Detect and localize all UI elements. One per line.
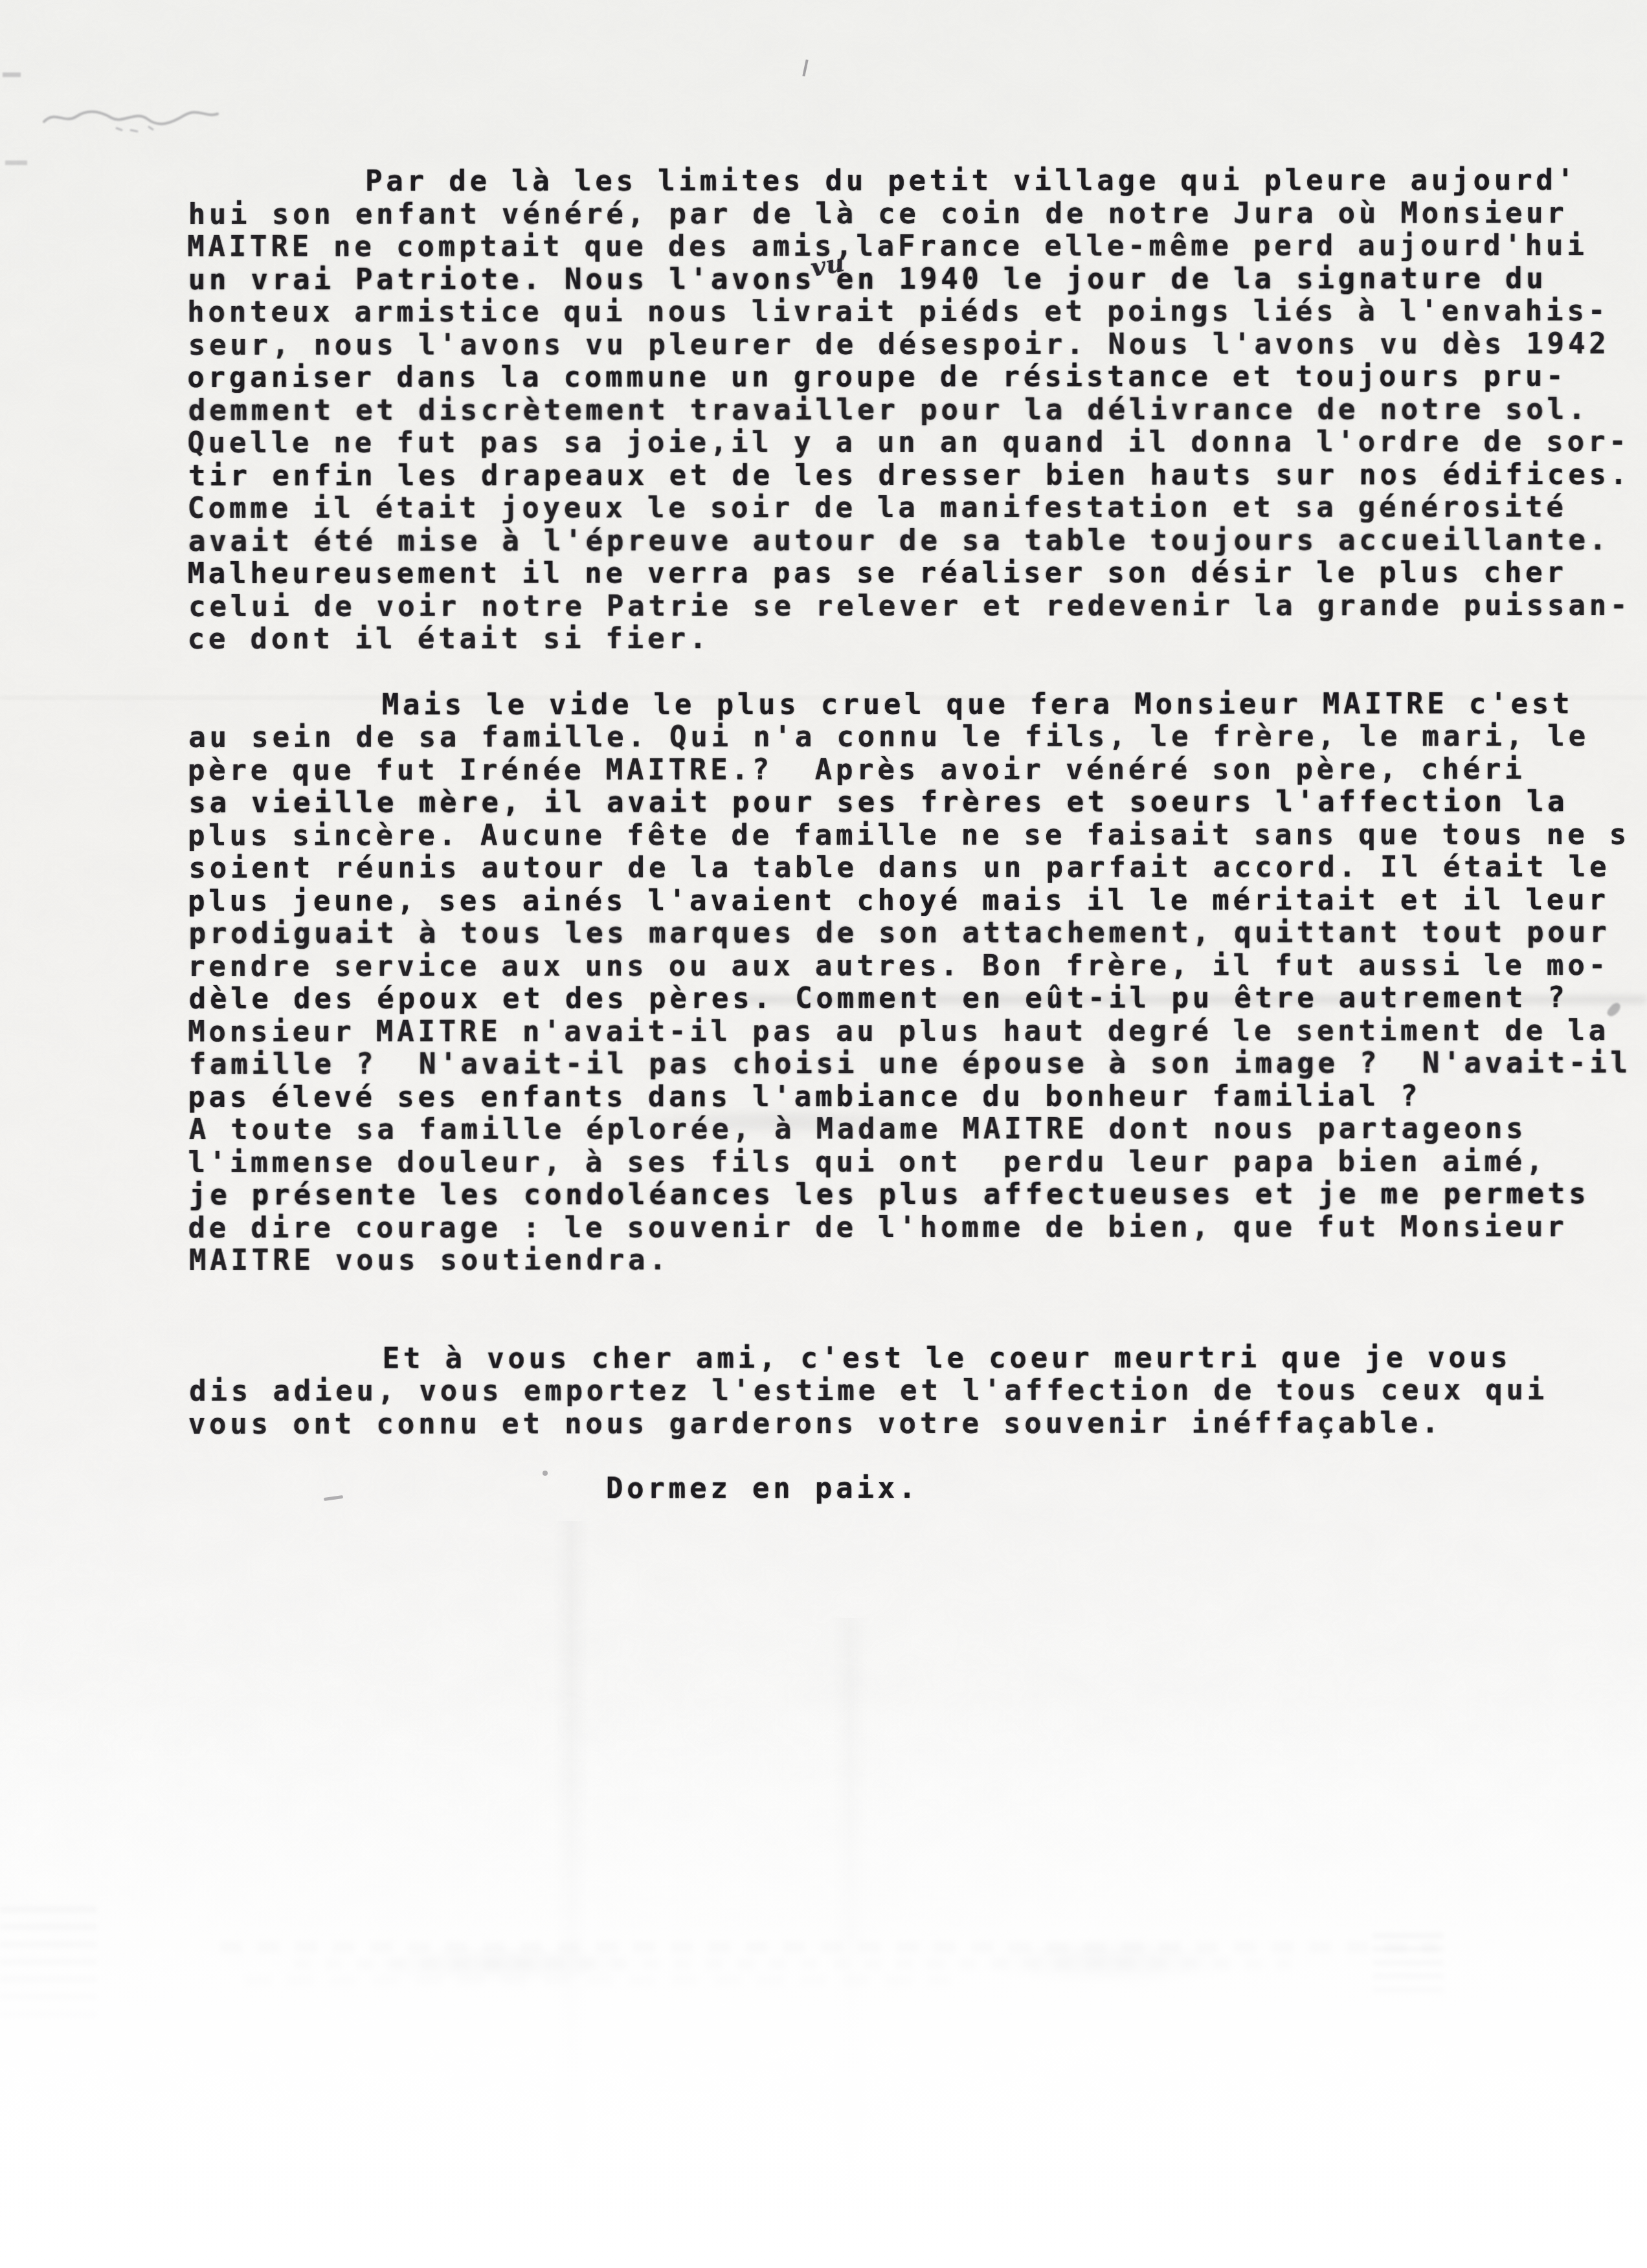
text-line: l'immense douleur, à ses fils qui ont pe…	[188, 1146, 1638, 1179]
text-line: un vrai Patriote. Nous l'avons en 1940 l…	[188, 263, 1639, 296]
text-line: au sein de sa famille. Qui n'a connu le …	[188, 720, 1639, 754]
text-line: prodiguait à tous les marques de son att…	[189, 917, 1639, 950]
text-line: Monsieur MAITRE n'avait-il pas au plus h…	[188, 1015, 1638, 1049]
text-line: Et à vous cher ami, c'est le coeur meurt…	[188, 1342, 1639, 1375]
text-line: père que fut Irénée MAITRE.? Après avoir…	[188, 753, 1638, 787]
scan-fade	[0, 1683, 1647, 2268]
text-line: A toute sa famille éplorée, à Madame MAI…	[189, 1113, 1639, 1146]
text-line: seur, nous l'avons vu pleurer de désespo…	[188, 328, 1639, 362]
text-line: hui son enfant vénéré, par de là ce coin…	[188, 197, 1639, 231]
paragraph-family: Mais le vide le plus cruel que fera Mons…	[188, 688, 1639, 1278]
text-line: Malheureusement il ne verra pas se réali…	[188, 557, 1638, 590]
text-line: sa vieille mère, il avait pour ses frère…	[188, 786, 1639, 819]
text-line: ce dont il était si fier.	[188, 622, 1638, 656]
handwritten-insertion-vu: vu	[808, 247, 847, 283]
paragraph-farewell: Et à vous cher ami, c'est le coeur meurt…	[188, 1342, 1639, 1441]
text-line: plus sincère. Aucune fête de famille ne …	[188, 819, 1638, 852]
text-line: plus jeune, ses ainés l'avaient choyé ma…	[188, 884, 1638, 918]
text-line: celui de voir notre Patrie se relever et…	[188, 590, 1639, 623]
scanned-letter-page: Par de là les limites du petit village q…	[0, 0, 1647, 2268]
text-line: tir enfin les drapeaux et de les dresser…	[188, 459, 1639, 493]
closing-line: Dormez en paix.	[188, 1472, 1639, 1506]
text-line: famille ? N'avait-il pas choisi une épou…	[189, 1047, 1639, 1081]
text-line: MAITRE vous soutiendra.	[189, 1243, 1639, 1277]
text-line: honteux armistice qui nous livrait piéds…	[187, 295, 1637, 329]
text-line: demment et discrètement travailler pour …	[188, 394, 1639, 427]
closing-line-container: Dormez en paix.	[188, 1472, 1639, 1506]
paragraph-eulogy-patriot: Par de là les limites du petit village q…	[187, 164, 1638, 656]
text-line: dis adieu, vous emportez l'estime et l'a…	[189, 1374, 1639, 1408]
text-line: organiser dans la commune un groupe de r…	[187, 361, 1637, 394]
text-line: Comme il était joyeux le soir de la mani…	[188, 491, 1638, 525]
text-line: soient réunis autour de la table dans un…	[189, 851, 1639, 885]
text-line: de dire courage : le souvenir de l'homme…	[188, 1211, 1639, 1245]
edge-smudge	[5, 161, 27, 165]
stray-pen-tick	[802, 60, 808, 76]
text-line: vous ont connu et nous garderons votre s…	[188, 1407, 1639, 1441]
edge-smudge	[3, 72, 21, 77]
text-line: MAITRE ne comptait que des amis,laFrance…	[187, 230, 1637, 263]
text-line: rendre service aux uns ou aux autres. Bo…	[188, 950, 1638, 983]
text-line: pas élevé ses enfants dans l'ambiance du…	[188, 1080, 1638, 1114]
text-line: dèle des époux et des pères. Comment en …	[189, 982, 1639, 1016]
letter-text: Par de là les limites du petit village q…	[187, 164, 1639, 1506]
text-line: Mais le vide le plus cruel que fera Mons…	[188, 688, 1638, 722]
text-line: Par de là les limites du petit village q…	[187, 164, 1637, 198]
pencil-scribble	[39, 91, 246, 149]
text-line: je présente les condoléances les plus af…	[189, 1178, 1639, 1212]
text-line: Quelle ne fut pas sa joie,il y a un an q…	[187, 426, 1637, 460]
text-line: avait été mise à l'épreuve autour de sa …	[188, 524, 1639, 558]
